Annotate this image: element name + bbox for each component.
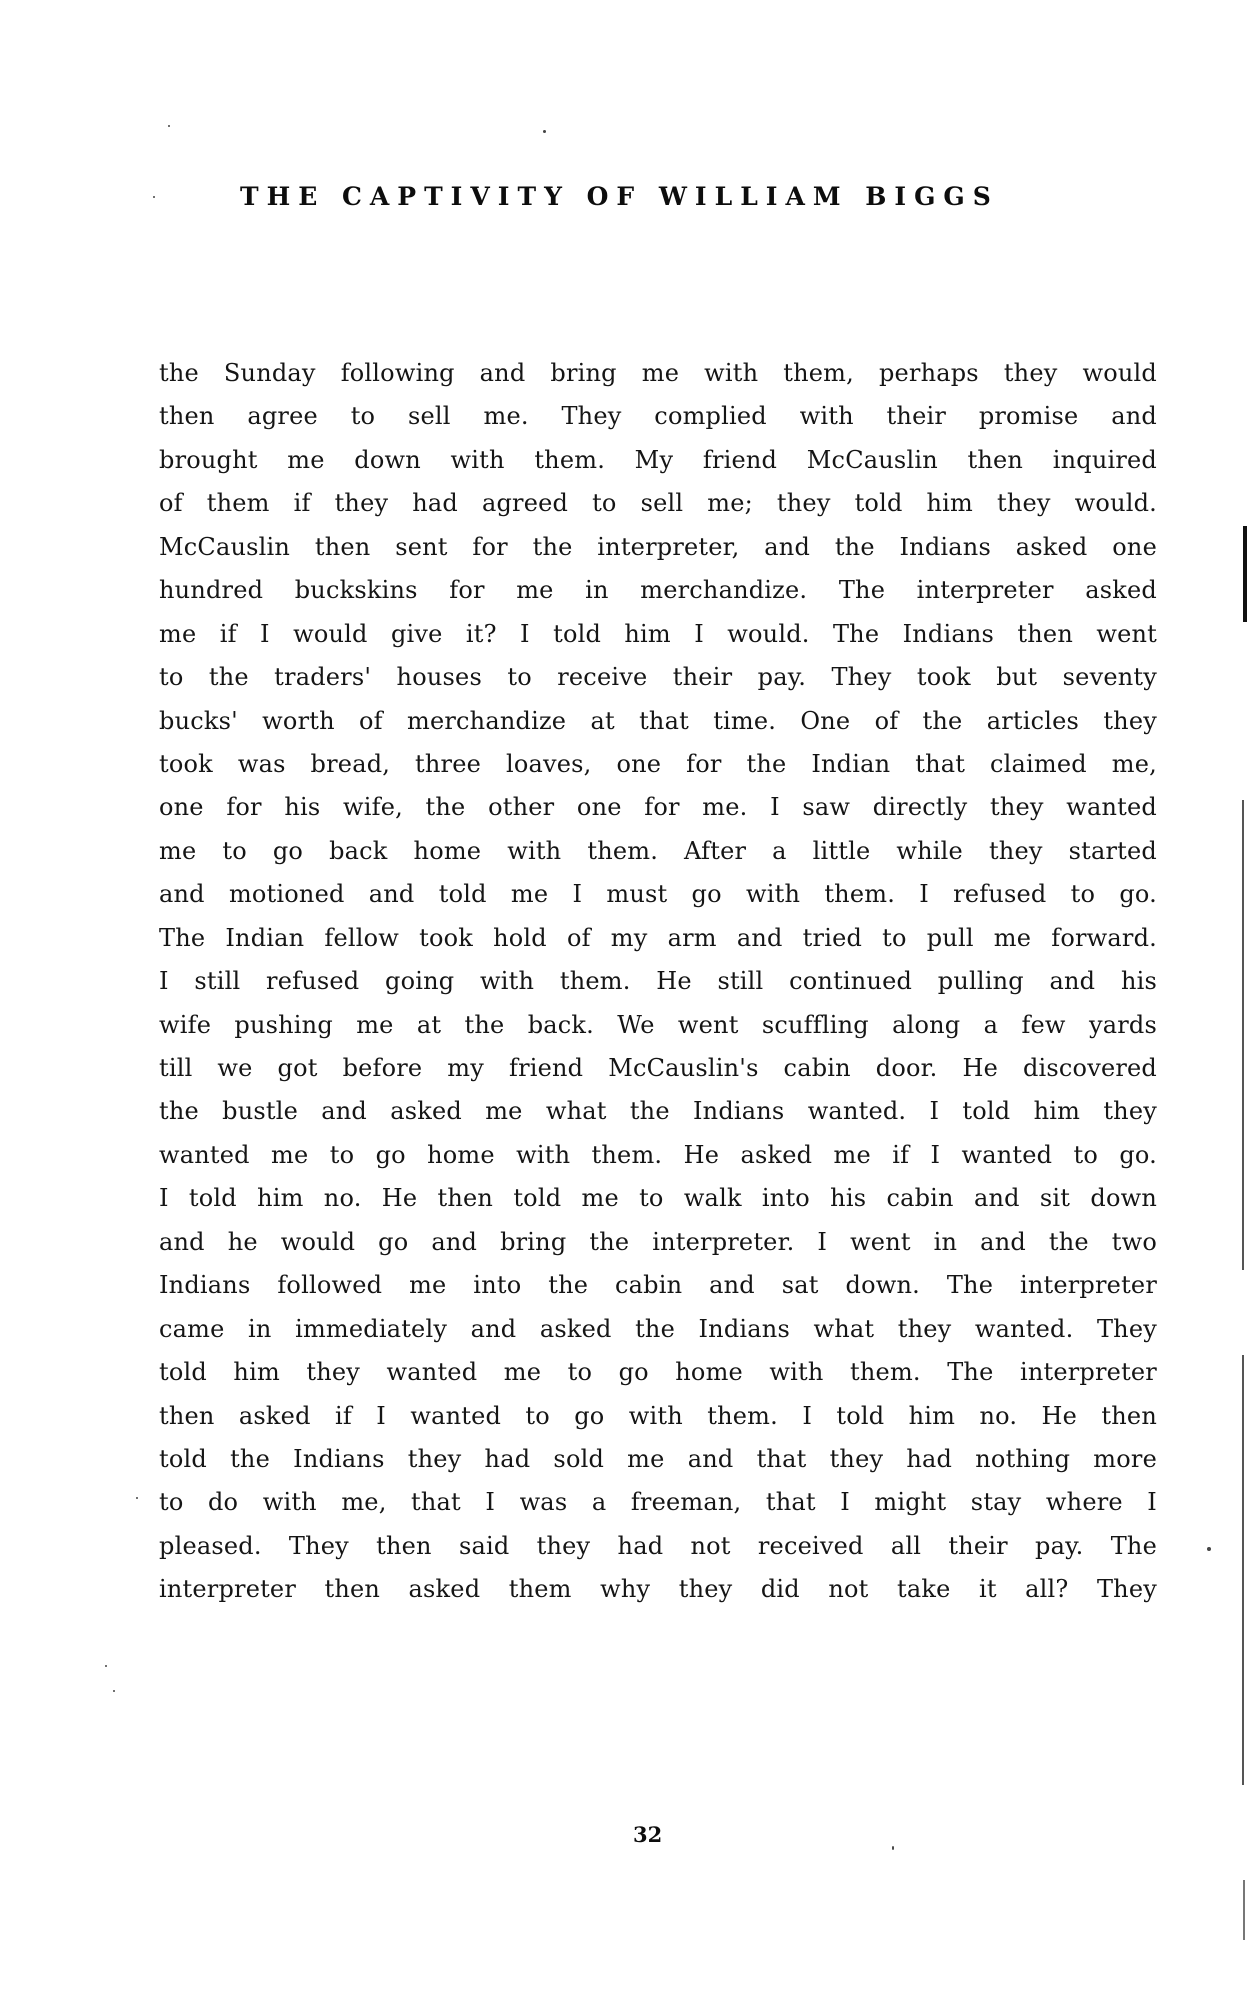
text-line: and he would go and bring the interprete… [159, 1221, 1157, 1264]
scan-speck [1207, 1547, 1211, 1551]
text-line: hundred buckskins for me in merchandize.… [159, 569, 1157, 612]
page-number: 32 [633, 1822, 662, 1847]
text-line: I still refused going with them. He stil… [159, 960, 1157, 1003]
text-line: me to go back home with them. After a li… [159, 830, 1157, 873]
text-line: of them if they had agreed to sell me; t… [159, 482, 1157, 525]
text-line: one for his wife, the other one for me. … [159, 786, 1157, 829]
scan-margin-mark [1243, 526, 1247, 622]
text-line: the bustle and asked me what the Indians… [159, 1090, 1157, 1133]
scan-margin-mark [1242, 1355, 1244, 1785]
scan-speck [136, 1497, 138, 1499]
text-line: took was bread, three loaves, one for th… [159, 743, 1157, 786]
running-head: THE CAPTIVITY OF WILLIAM BIGGS [240, 182, 1080, 211]
scan-speck [153, 196, 155, 198]
text-line: told him they wanted me to go home with … [159, 1351, 1157, 1394]
text-line: told the Indians they had sold me and th… [159, 1438, 1157, 1481]
text-line: brought me down with them. My friend McC… [159, 439, 1157, 482]
text-line: and motioned and told me I must go with … [159, 873, 1157, 916]
text-line: to do with me, that I was a freeman, tha… [159, 1481, 1157, 1524]
text-line: then asked if I wanted to go with them. … [159, 1395, 1157, 1438]
text-line: The Indian fellow took hold of my arm an… [159, 917, 1157, 960]
text-line: bucks' worth of merchandize at that time… [159, 700, 1157, 743]
scan-margin-mark [1242, 800, 1244, 1270]
scan-speck [543, 130, 546, 133]
body-text: the Sunday following and bring me with t… [159, 352, 1157, 1612]
text-line: till we got before my friend McCauslin's… [159, 1047, 1157, 1090]
scan-speck [168, 125, 170, 127]
text-line: the Sunday following and bring me with t… [159, 352, 1157, 395]
scan-speck [892, 1846, 894, 1850]
text-line: Indians followed me into the cabin and s… [159, 1264, 1157, 1307]
text-line: came in immediately and asked the Indian… [159, 1308, 1157, 1351]
scan-speck [113, 1690, 115, 1692]
text-line: then agree to sell me. They complied wit… [159, 395, 1157, 438]
text-line: pleased. They then said they had not rec… [159, 1525, 1157, 1568]
text-line: wanted me to go home with them. He asked… [159, 1134, 1157, 1177]
text-line: I told him no. He then told me to walk i… [159, 1177, 1157, 1220]
scan-margin-mark [1243, 1880, 1245, 1940]
text-line: me if I would give it? I told him I woul… [159, 613, 1157, 656]
text-line: interpreter then asked them why they did… [159, 1568, 1157, 1611]
text-line: wife pushing me at the back. We went scu… [159, 1004, 1157, 1047]
text-line: to the traders' houses to receive their … [159, 656, 1157, 699]
scan-speck [105, 1665, 107, 1667]
text-line: McCauslin then sent for the interpreter,… [159, 526, 1157, 569]
